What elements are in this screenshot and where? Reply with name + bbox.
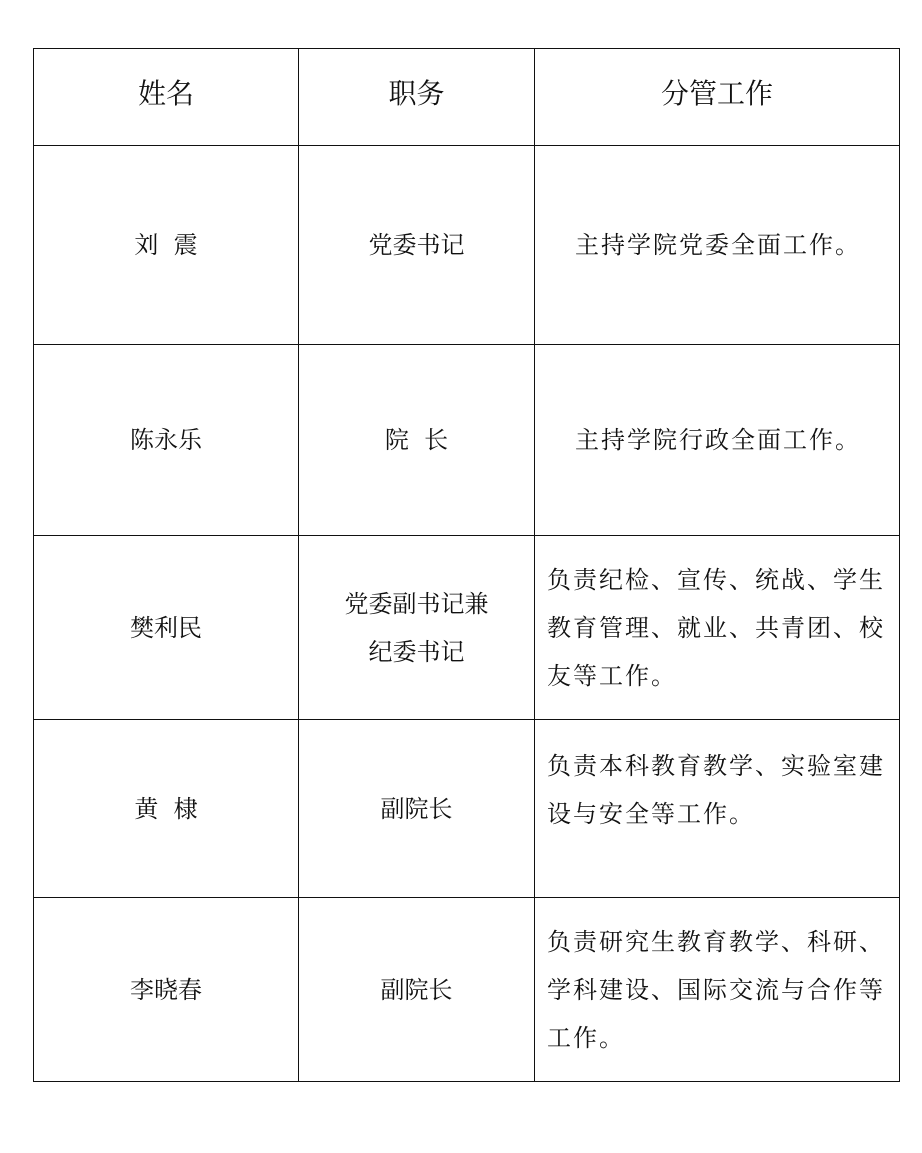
cell-name: 李晓春: [34, 898, 299, 1082]
cell-position: 党委书记: [299, 146, 535, 345]
cell-duties: 负责纪检、宣传、统战、学生教育管理、就业、共青团、校友等工作。: [535, 536, 900, 720]
header-row: 姓名 职务 分管工作: [34, 49, 900, 146]
table-row: 黄 棣 副院长 负责本科教育教学、实验室建设与安全等工作。: [34, 720, 900, 898]
cell-name: 陈永乐: [34, 345, 299, 536]
cell-position: 院 长: [299, 345, 535, 536]
header-position: 职务: [299, 49, 535, 146]
header-name: 姓名: [34, 49, 299, 146]
table-row: 陈永乐 院 长 主持学院行政全面工作。: [34, 345, 900, 536]
leadership-table: 姓名 职务 分管工作 刘 震 党委书记 主持学院党委全面工作。 陈永乐 院 长 …: [33, 48, 900, 1082]
cell-duties: 主持学院党委全面工作。: [535, 146, 900, 345]
cell-position: 党委副书记兼 纪委书记: [299, 536, 535, 720]
table-row: 樊利民 党委副书记兼 纪委书记 负责纪检、宣传、统战、学生教育管理、就业、共青团…: [34, 536, 900, 720]
cell-name: 刘 震: [34, 146, 299, 345]
cell-position: 副院长: [299, 720, 535, 898]
header-duties: 分管工作: [535, 49, 900, 146]
cell-duties: 负责本科教育教学、实验室建设与安全等工作。: [535, 720, 900, 898]
cell-name: 樊利民: [34, 536, 299, 720]
table-row: 李晓春 副院长 负责研究生教育教学、科研、学科建设、国际交流与合作等工作。: [34, 898, 900, 1082]
cell-duties: 主持学院行政全面工作。: [535, 345, 900, 536]
cell-name: 黄 棣: [34, 720, 299, 898]
cell-position: 副院长: [299, 898, 535, 1082]
cell-duties: 负责研究生教育教学、科研、学科建设、国际交流与合作等工作。: [535, 898, 900, 1082]
table-row: 刘 震 党委书记 主持学院党委全面工作。: [34, 146, 900, 345]
